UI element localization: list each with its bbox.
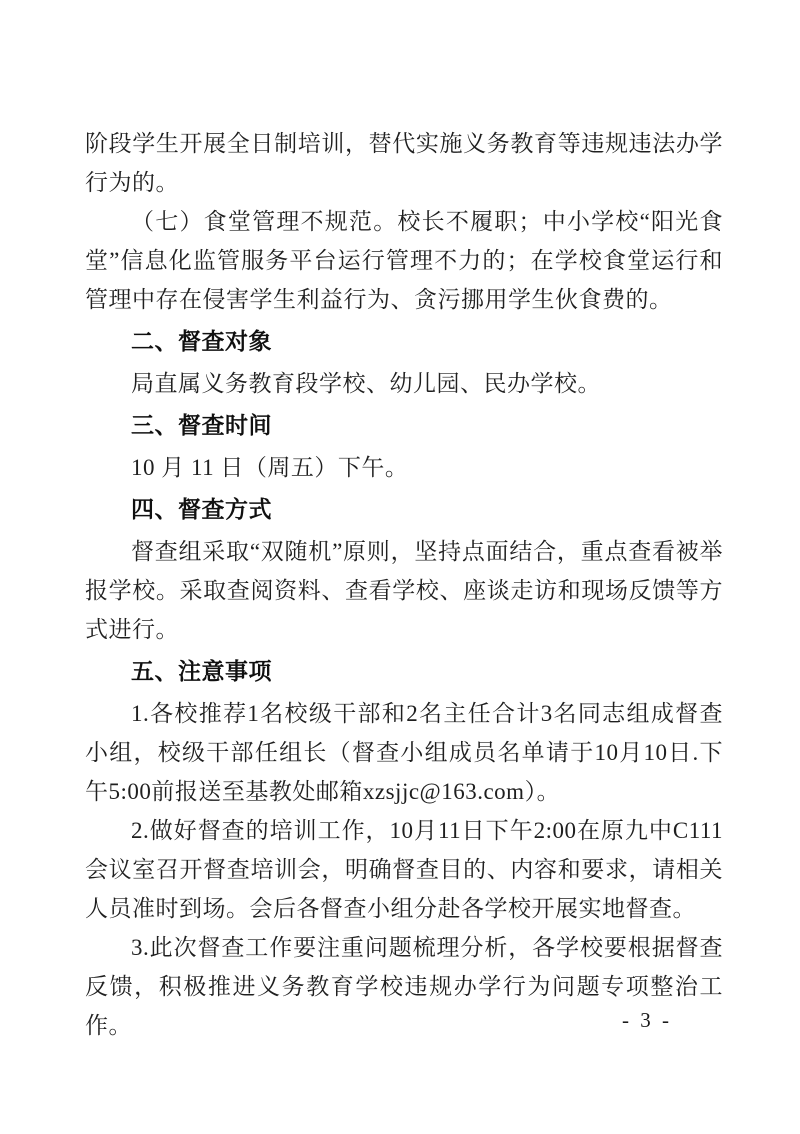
- body-paragraph: 督查组采取“双随机”原则，坚持点面结合，重点查看被举报学校。采取查阅资料、查看学…: [85, 532, 723, 649]
- body-paragraph: 1.各校推荐1名校级干部和2名主任合计3名同志组成督查小组，校级干部任组长（督查…: [85, 694, 723, 811]
- document-page: 阶段学生开展全日制培训，替代实施义务教育等违规违法办学行为的。 （七）食堂管理不…: [0, 0, 800, 1134]
- body-paragraph: 局直属义务教育段学校、幼儿园、民办学校。: [85, 364, 723, 403]
- body-paragraph: 10 月 11 日（周五）下午。: [85, 448, 723, 487]
- section-heading-inspection-time: 三、督查时间: [85, 406, 723, 445]
- page-number: - 3 -: [622, 1008, 672, 1033]
- body-paragraph: 2.做好督查的培训工作，10月11日下午2:00在原九中C111会议室召开督查培…: [85, 811, 723, 928]
- body-paragraph: 阶段学生开展全日制培训，替代实施义务教育等违规违法办学行为的。: [85, 124, 723, 202]
- section-heading-inspection-targets: 二、督查对象: [85, 322, 723, 361]
- document-body: 阶段学生开展全日制培训，替代实施义务教育等违规违法办学行为的。 （七）食堂管理不…: [85, 124, 723, 1045]
- section-heading-notes: 五、注意事项: [85, 652, 723, 691]
- body-paragraph: （七）食堂管理不规范。校长不履职；中小学校“阳光食堂”信息化监管服务平台运行管理…: [85, 202, 723, 319]
- section-heading-inspection-method: 四、督查方式: [85, 490, 723, 529]
